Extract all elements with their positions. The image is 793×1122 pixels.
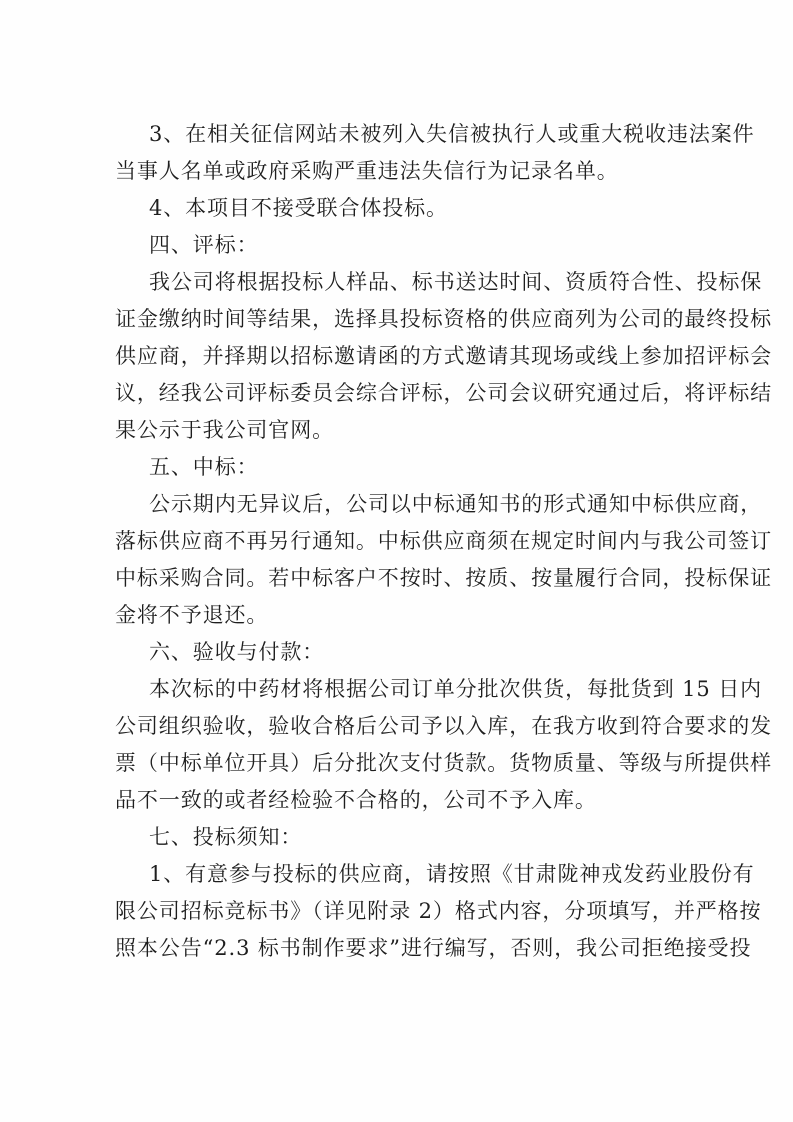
heading-line: 七、投标须知： bbox=[115, 819, 667, 856]
text-line: 中标采购合同。若中标客户不按时、按质、按量履行合同，投标保证 bbox=[115, 560, 667, 597]
text-line: 供应商，并择期以招标邀请函的方式邀请其现场或线上参加招评标会 bbox=[115, 338, 667, 375]
text-line: 证金缴纳时间等结果，选择具投标资格的供应商列为公司的最终投标 bbox=[115, 301, 667, 338]
text-line: 落标供应商不再另行通知。中标供应商须在规定时间内与我公司签订 bbox=[115, 523, 667, 560]
section-heading-acceptance-payment: 六、验收与付款： bbox=[115, 634, 667, 671]
heading-line: 五、中标： bbox=[115, 449, 667, 486]
text-line: 3、在相关征信网站未被列入失信被执行人或重大税收违法案件 bbox=[115, 116, 667, 153]
text-line: 照本公告“2.3 标书制作要求”进行编写，否则，我公司拒绝接受投 bbox=[115, 930, 667, 967]
text-line: 公司组织验收，验收合格后公司予以入库，在我方收到符合要求的发 bbox=[115, 708, 667, 745]
text-line: 本次标的中药材将根据公司订单分批次供货，每批货到 15 日内 bbox=[115, 671, 667, 708]
heading-line: 四、评标： bbox=[115, 227, 667, 264]
text-line: 果公示于我公司官网。 bbox=[115, 412, 667, 449]
text-line: 当事人名单或政府采购严重违法失信行为记录名单。 bbox=[115, 153, 667, 190]
paragraph-evaluation: 我公司将根据投标人样品、标书送达时间、资质符合性、投标保 证金缴纳时间等结果，选… bbox=[115, 264, 667, 449]
paragraph-criterion-3: 3、在相关征信网站未被列入失信被执行人或重大税收违法案件 当事人名单或政府采购严… bbox=[115, 116, 667, 190]
heading-line: 六、验收与付款： bbox=[115, 634, 667, 671]
section-heading-bidding-notes: 七、投标须知： bbox=[115, 819, 667, 856]
section-heading-award: 五、中标： bbox=[115, 449, 667, 486]
text-line: 金将不予退还。 bbox=[115, 597, 667, 634]
section-heading-evaluation: 四、评标： bbox=[115, 227, 667, 264]
text-line: 议，经我公司评标委员会综合评标，公司会议研究通过后，将评标结 bbox=[115, 375, 667, 412]
text-line: 票（中标单位开具）后分批次支付货款。货物质量、等级与所提供样 bbox=[115, 745, 667, 782]
document-body: 3、在相关征信网站未被列入失信被执行人或重大税收违法案件 当事人名单或政府采购严… bbox=[115, 116, 667, 967]
text-line: 1、有意参与投标的供应商，请按照《甘肃陇神戎发药业股份有 bbox=[115, 856, 667, 893]
text-line: 4、本项目不接受联合体投标。 bbox=[115, 190, 667, 227]
document-page: 3、在相关征信网站未被列入失信被执行人或重大税收违法案件 当事人名单或政府采购严… bbox=[0, 0, 793, 1122]
paragraph-bidding-note-1: 1、有意参与投标的供应商，请按照《甘肃陇神戎发药业股份有 限公司招标竞标书》（详… bbox=[115, 856, 667, 967]
text-line: 我公司将根据投标人样品、标书送达时间、资质符合性、投标保 bbox=[115, 264, 667, 301]
text-line: 品不一致的或者经检验不合格的，公司不予入库。 bbox=[115, 782, 667, 819]
text-line: 公示期内无异议后，公司以中标通知书的形式通知中标供应商， bbox=[115, 486, 667, 523]
text-line: 限公司招标竞标书》（详见附录 2）格式内容，分项填写，并严格按 bbox=[115, 893, 667, 930]
paragraph-award: 公示期内无异议后，公司以中标通知书的形式通知中标供应商， 落标供应商不再另行通知… bbox=[115, 486, 667, 634]
paragraph-criterion-4: 4、本项目不接受联合体投标。 bbox=[115, 190, 667, 227]
paragraph-acceptance-payment: 本次标的中药材将根据公司订单分批次供货，每批货到 15 日内 公司组织验收，验收… bbox=[115, 671, 667, 819]
